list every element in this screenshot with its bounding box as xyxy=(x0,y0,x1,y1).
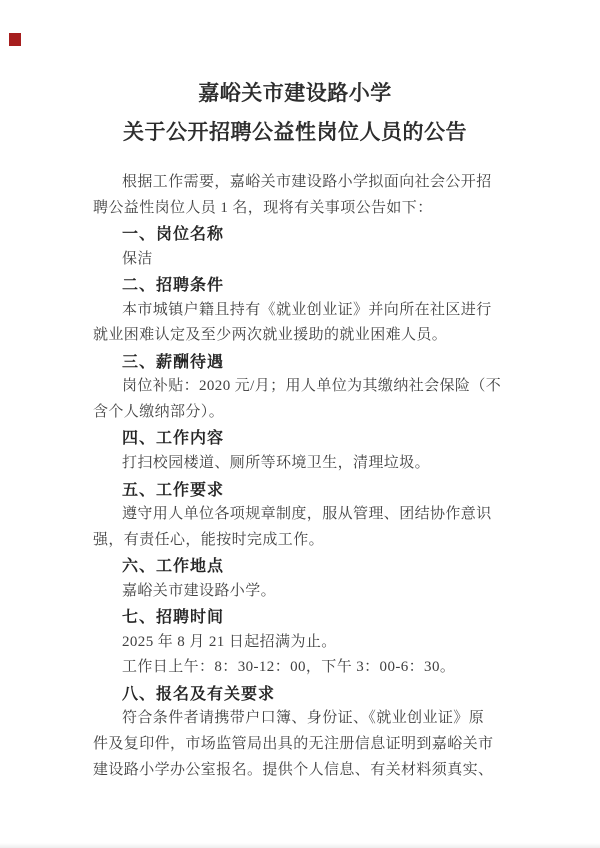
announcement-page: 嘉峪关市建设路小学 关于公开招聘公益性岗位人员的公告 根据工作需要，嘉峪关市建设… xyxy=(0,0,600,848)
paragraph-line: 根据工作需要，嘉峪关市建设路小学拟面向社会公开招 xyxy=(93,170,497,196)
section-heading: 三、薪酬待遇 xyxy=(93,349,497,375)
section-heading: 一、岗位名称 xyxy=(93,221,497,247)
section-heading: 四、工作内容 xyxy=(93,425,497,451)
document-title-line2: 关于公开招聘公益性岗位人员的公告 xyxy=(93,113,497,152)
paragraph-line: 强，有责任心，能按时完成工作。 xyxy=(93,528,497,554)
document-title-block: 嘉峪关市建设路小学 关于公开招聘公益性岗位人员的公告 xyxy=(93,74,497,152)
red-corner-mark xyxy=(9,33,21,46)
paragraph-line: 嘉峪关市建设路小学。 xyxy=(93,579,497,605)
paragraph-line: 工作日上午：8：30-12：00，下午 3：00-6：30。 xyxy=(93,655,497,681)
paragraph-line: 符合条件者请携带户口簿、身份证、《就业创业证》原 xyxy=(93,706,497,732)
paragraph-line: 就业困难认定及至少两次就业援助的就业困难人员。 xyxy=(93,323,497,349)
section-heading: 六、工作地点 xyxy=(93,553,497,579)
section-heading: 八、报名及有关要求 xyxy=(93,681,497,707)
paragraph-line: 2025 年 8 月 21 日起招满为止。 xyxy=(93,630,497,656)
paragraph-line: 打扫校园楼道、厕所等环境卫生，清理垃圾。 xyxy=(93,451,497,477)
section-heading: 五、工作要求 xyxy=(93,477,497,503)
section-heading: 二、招聘条件 xyxy=(93,272,497,298)
document-title-line1: 嘉峪关市建设路小学 xyxy=(93,74,497,113)
paragraph-line: 岗位补贴：2020 元/月；用人单位为其缴纳社会保险（不 xyxy=(93,374,497,400)
paragraph-line: 保洁 xyxy=(93,247,497,273)
paragraph-line: 件及复印件，市场监管局出具的无注册信息证明到嘉峪关市 xyxy=(93,732,497,758)
paragraph-line: 本市城镇户籍且持有《就业创业证》并向所在社区进行 xyxy=(93,298,497,324)
paragraph-line: 建设路小学办公室报名。提供个人信息、有关材料须真实、 xyxy=(93,758,497,784)
paragraph-line: 遵守用人单位各项规章制度，服从管理、团结协作意识 xyxy=(93,502,497,528)
paragraph-line: 含个人缴纳部分）。 xyxy=(93,400,497,426)
paragraph-line: 聘公益性岗位人员 1 名，现将有关事项公告如下： xyxy=(93,196,497,222)
section-heading: 七、招聘时间 xyxy=(93,604,497,630)
document-body: 根据工作需要，嘉峪关市建设路小学拟面向社会公开招聘公益性岗位人员 1 名，现将有… xyxy=(93,170,497,783)
page-bottom-edge-shadow xyxy=(0,843,600,848)
